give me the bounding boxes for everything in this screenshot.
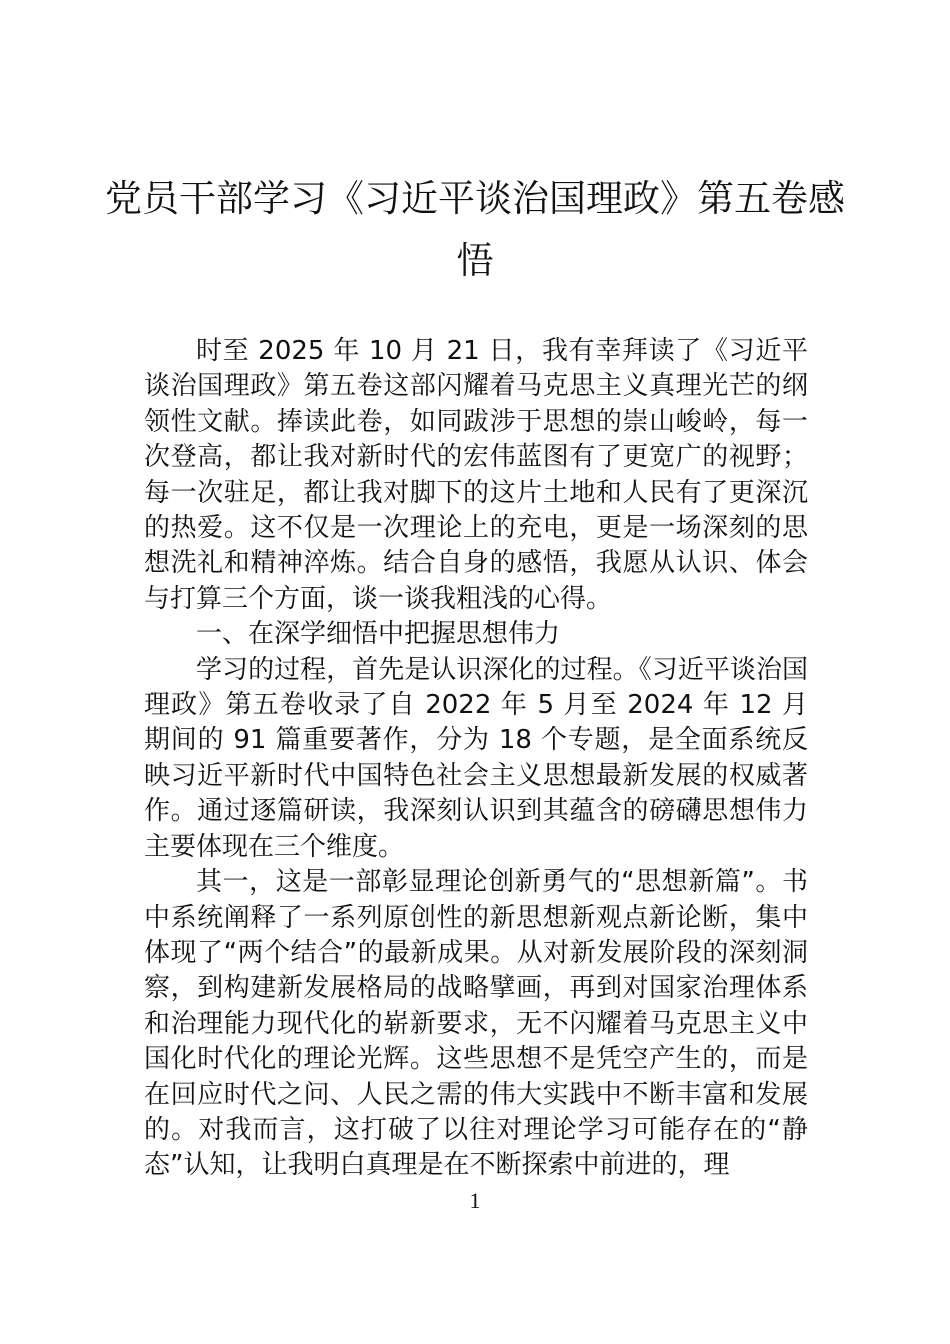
- section-1-paragraph-1: 学习的过程，首先是认识深化的过程。《习近平谈治国理政》第五卷收录了自 2022 …: [144, 653, 808, 865]
- document-title: 党员干部学习《习近平谈治国理政》第五卷感悟: [100, 168, 850, 292]
- section-heading-1: 一、在深学细悟中把握思想伟力: [144, 617, 808, 652]
- page-number: 1: [0, 1188, 950, 1214]
- document-page: 党员干部学习《习近平谈治国理政》第五卷感悟 时至 2025 年 10 月 21 …: [0, 0, 950, 1344]
- section-1-paragraph-2: 其一，这是一部彰显理论创新勇气的“思想新篇”。书中系统阐释了一系列原创性的新思想…: [144, 865, 808, 1184]
- document-body: 时至 2025 年 10 月 21 日，我有幸拜读了《习近平谈治国理政》第五卷这…: [144, 334, 808, 1184]
- intro-paragraph: 时至 2025 年 10 月 21 日，我有幸拜读了《习近平谈治国理政》第五卷这…: [144, 334, 808, 617]
